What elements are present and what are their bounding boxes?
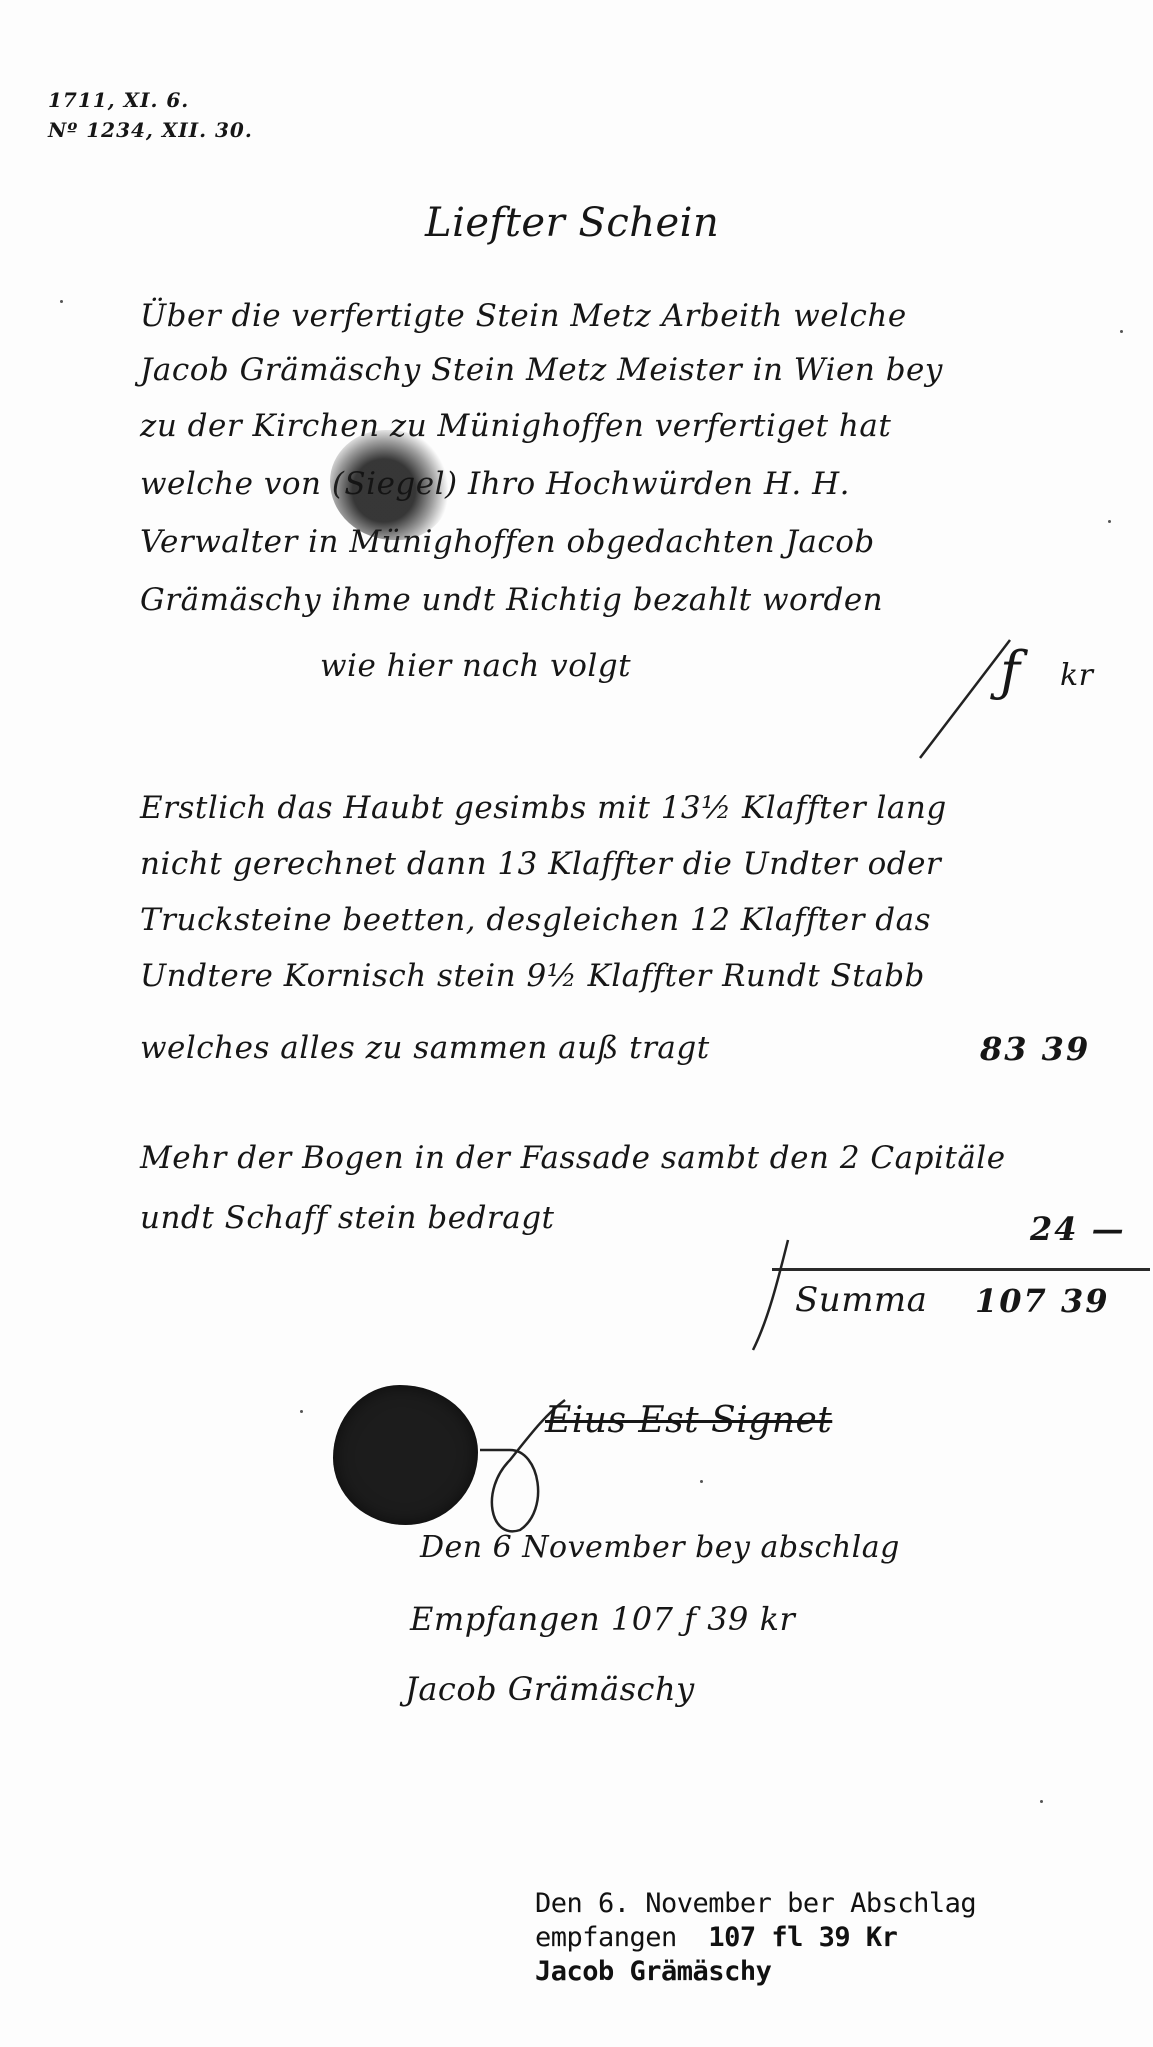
document-page: 1711, XI. 6. Nº 1234, XII. 30. Liefter S…	[0, 0, 1153, 2047]
transcription-line-2-amount: 107 fl 39 Kr	[708, 1922, 897, 1953]
scan-speck	[1108, 520, 1111, 523]
scan-speck	[700, 1480, 703, 1483]
text-line: Jacob Grämäschy	[405, 1670, 695, 1708]
archive-reference-line-1: 1711, XI. 6.	[48, 88, 189, 112]
amount-itemization: 83 39	[980, 1030, 1090, 1068]
kreuzer-header: kr	[1060, 658, 1094, 693]
text-line: Den 6 November bey abschlag	[420, 1530, 900, 1565]
text-line: welches alles zu sammen auß tragt	[140, 1030, 710, 1066]
text-line: Undtere Kornisch stein 9½ Klaffter Rundt…	[140, 958, 925, 994]
scan-speck	[300, 1410, 303, 1413]
text-line: zu der Kirchen zu Münighoffen verfertige…	[140, 408, 891, 444]
text-line: undt Schaff stein bedragt	[140, 1200, 555, 1236]
text-line: Trucksteine beetten, desgleichen 12 Klaf…	[140, 902, 931, 938]
amount-total: 107 39	[975, 1282, 1109, 1320]
text-line: Mehr der Bogen in der Fassade sambt den …	[140, 1140, 1006, 1176]
summa-flourish-icon	[748, 1240, 808, 1360]
text-line: Jacob Grämäschy Stein Metz Meister in Wi…	[140, 352, 943, 388]
scan-speck	[1040, 1800, 1043, 1803]
text-line: nicht gerechnet dann 13 Klaffter die Und…	[140, 846, 941, 882]
sum-label: Summa	[795, 1280, 927, 1320]
text-line: Über die verfertigte Stein Metz Arbeith …	[140, 298, 907, 334]
amount-additional: 24 —	[1030, 1210, 1126, 1248]
scan-speck	[60, 300, 63, 303]
text-line: welche von (Siegel) Ihro Hochwürden H. H…	[140, 466, 850, 502]
text-line: wie hier nach volgt	[320, 648, 631, 684]
text-line: Verwalter in Münighoffen obgedachten Jac…	[140, 524, 875, 560]
text-line: Empfangen 107 ƒ 39 kr	[410, 1600, 795, 1638]
sum-rule-divider	[772, 1268, 1150, 1271]
document-title: Liefter Schein	[425, 200, 719, 246]
wax-seal-icon	[333, 1385, 478, 1525]
transcription-line-3: Jacob Grämäschy	[535, 1956, 771, 1987]
text-line: Grämäschy ihme undt Richtig bezahlt word…	[140, 582, 883, 618]
archive-reference-line-2: Nº 1234, XII. 30.	[48, 118, 253, 142]
signature-text: Eius Est Signet	[545, 1400, 832, 1441]
text-line: Erstlich das Haubt gesimbs mit 13½ Klaff…	[140, 790, 947, 826]
column-divider-stroke-icon	[920, 640, 1020, 760]
transcription-line-1: Den 6. November ber Abschlag	[535, 1888, 976, 1919]
transcription-line-2-text: empfangen	[535, 1922, 677, 1953]
scan-speck	[1120, 330, 1123, 333]
